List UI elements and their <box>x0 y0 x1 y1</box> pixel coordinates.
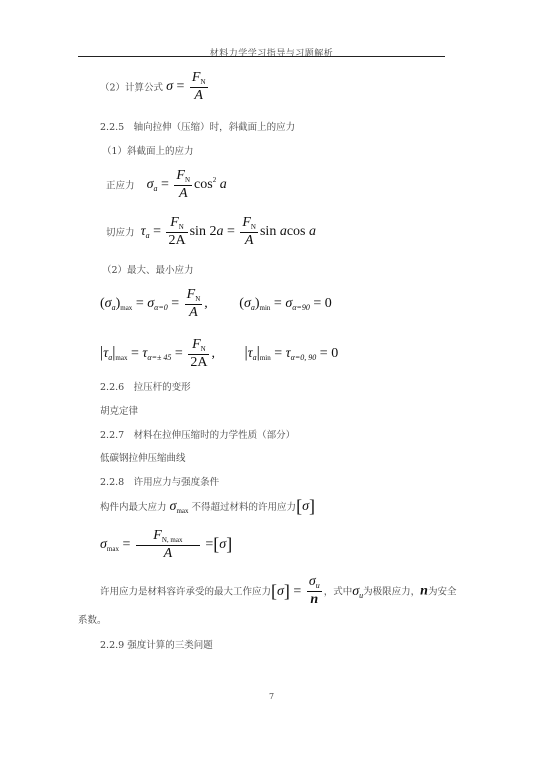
section-2-2-8: 2.2.8 许用应力与强度条件 <box>100 474 219 488</box>
section-2-2-5: 2.2.5 轴向拉伸（压缩）时，斜截面上的应力 <box>100 119 295 133</box>
allowable-stress-line-cont: 系数。 <box>78 612 107 626</box>
section-2-2-7: 2.2.7 材料在拉伸压缩时的力学性质（部分） <box>100 427 295 441</box>
subsection-2: （2）最大、最小应力 <box>102 262 194 276</box>
page-number: 7 <box>0 692 543 701</box>
strength-condition-formula: σmax = FN, maxA =[σ] <box>100 528 232 562</box>
max-stress-condition-line: 构件内最大应力 σmax 不得超过材料的许用应力[σ] <box>100 496 315 517</box>
calc-formula-label: （2）计算公式 <box>100 82 163 93</box>
header-rule <box>78 56 445 57</box>
formula-normal-stress: σa = FNAcos2 a <box>147 177 227 192</box>
formula-sigma-max: (σa)max = σα=0 = FNA, <box>100 296 211 311</box>
running-header: 材料力学学习指导与习题解析 <box>0 46 543 59</box>
allowable-stress-line: 许用应力是材料容许承受的最大工作应力[σ] = σun，式中σu为极限应力，n为… <box>100 574 456 609</box>
calc-formula-line: （2）计算公式 σ = FNA <box>100 70 210 104</box>
shear-stress-label: 切应力 <box>106 227 135 238</box>
section-2-2-9: 2.2.9 强度计算的三类问题 <box>100 637 213 651</box>
low-carbon-steel-curve: 低碳钢拉伸压缩曲线 <box>100 450 186 464</box>
hooke-law: 胡克定律 <box>100 403 138 417</box>
shear-stress-line: 切应力 τa = FN2Asin 2a = FNAsin acos a <box>106 215 316 249</box>
subsection-1: （1）斜截面上的应力 <box>102 143 194 157</box>
formula-shear-stress: τa = FN2Asin 2a = FNAsin acos a <box>141 224 316 239</box>
formula-tau-max: |τa|max = τα=± 45 = FN2A, <box>100 346 218 361</box>
section-2-2-6: 2.2.6 拉压杆的变形 <box>100 379 191 393</box>
document-page: 材料力学学习指导与习题解析 （2）计算公式 σ = FNA 2.2.5 轴向拉伸… <box>0 0 543 768</box>
tau-max-min-line: |τa|max = τα=± 45 = FN2A, |τa|min = τα=0… <box>100 337 338 371</box>
normal-stress-label: 正应力 <box>106 180 135 191</box>
formula-sigma: σ = FNA <box>166 79 209 94</box>
sigma-max-min-line: (σa)max = σα=0 = FNA, (σa)min = σα=90 = … <box>100 287 332 321</box>
normal-stress-line: 正应力 σa = FNAcos2 a <box>106 168 227 202</box>
formula-tau-min: |τa|min = τα=0, 90 = 0 <box>244 346 338 361</box>
formula-sigma-min: (σa)min = σα=90 = 0 <box>239 296 331 311</box>
